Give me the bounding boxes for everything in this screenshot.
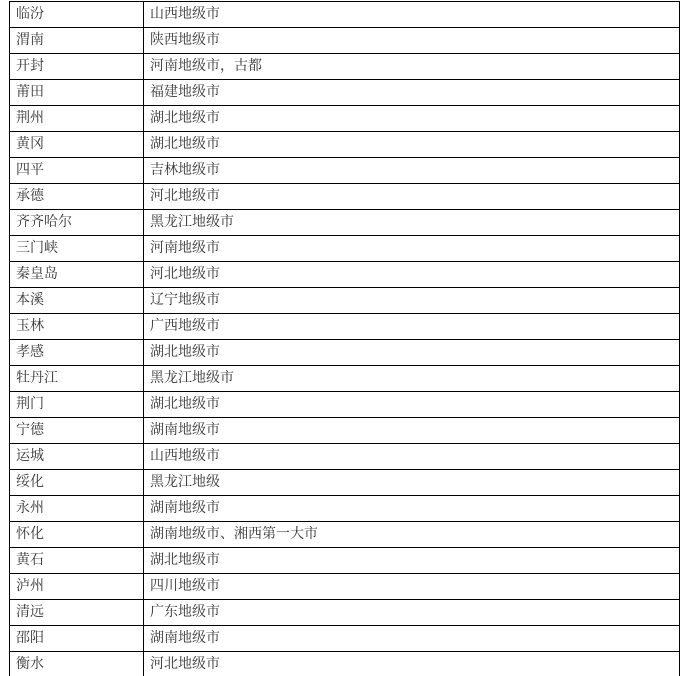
city-cell: 玉林 [10, 314, 144, 340]
table-row: 荆门 湖北地级市 [10, 392, 680, 418]
description-cell: 陕西地级市 [144, 28, 680, 54]
description-cell: 黑龙江地级市 [144, 366, 680, 392]
city-cell: 莆田 [10, 80, 144, 106]
city-cell: 本溪 [10, 288, 144, 314]
city-cell: 荆州 [10, 106, 144, 132]
city-cell: 运城 [10, 444, 144, 470]
description-cell: 河南地级市，古都 [144, 54, 680, 80]
table-row: 玉林 广西地级市 [10, 314, 680, 340]
table-row: 泸州 四川地级市 [10, 574, 680, 600]
table-row: 清远 广东地级市 [10, 600, 680, 626]
description-cell: 湖北地级市 [144, 548, 680, 574]
description-cell: 四川地级市 [144, 574, 680, 600]
city-cell: 黄冈 [10, 132, 144, 158]
table-row: 邵阳 湖南地级市 [10, 626, 680, 652]
city-cell: 渭南 [10, 28, 144, 54]
table-row: 孝感 湖北地级市 [10, 340, 680, 366]
table-row: 怀化 湖南地级市、湘西第一大市 [10, 522, 680, 548]
description-cell: 湖北地级市 [144, 340, 680, 366]
description-cell: 山西地级市 [144, 444, 680, 470]
description-cell: 广西地级市 [144, 314, 680, 340]
table-row: 秦皇岛 河北地级市 [10, 262, 680, 288]
table-row: 荆州 湖北地级市 [10, 106, 680, 132]
description-cell: 湖北地级市 [144, 132, 680, 158]
table-row: 衡水 河北地级市 [10, 652, 680, 676]
table-row: 运城 山西地级市 [10, 444, 680, 470]
description-cell: 辽宁地级市 [144, 288, 680, 314]
table-row: 牡丹江 黑龙江地级市 [10, 366, 680, 392]
description-cell: 河南地级市 [144, 236, 680, 262]
city-cell: 牡丹江 [10, 366, 144, 392]
description-cell: 福建地级市 [144, 80, 680, 106]
table-row: 三门峡 河南地级市 [10, 236, 680, 262]
description-cell: 河北地级市 [144, 652, 680, 676]
city-table-body: 临汾 山西地级市 渭南 陕西地级市 开封 河南地级市，古都 莆田 福建地级市 荆… [10, 2, 680, 676]
description-cell: 湖北地级市 [144, 392, 680, 418]
city-cell: 孝感 [10, 340, 144, 366]
description-cell: 黑龙江地级市 [144, 210, 680, 236]
table-row: 承德 河北地级市 [10, 184, 680, 210]
description-cell: 湖南地级市 [144, 496, 680, 522]
city-cell: 邵阳 [10, 626, 144, 652]
description-cell: 黑龙江地级 [144, 470, 680, 496]
city-table: 临汾 山西地级市 渭南 陕西地级市 开封 河南地级市，古都 莆田 福建地级市 荆… [9, 1, 680, 676]
city-cell: 绥化 [10, 470, 144, 496]
table-row: 莆田 福建地级市 [10, 80, 680, 106]
city-cell: 三门峡 [10, 236, 144, 262]
table-row: 临汾 山西地级市 [10, 2, 680, 28]
description-cell: 湖南地级市、湘西第一大市 [144, 522, 680, 548]
page-canvas: 临汾 山西地级市 渭南 陕西地级市 开封 河南地级市，古都 莆田 福建地级市 荆… [0, 0, 688, 676]
city-cell: 怀化 [10, 522, 144, 548]
city-cell: 永州 [10, 496, 144, 522]
city-cell: 秦皇岛 [10, 262, 144, 288]
city-cell: 开封 [10, 54, 144, 80]
description-cell: 湖南地级市 [144, 418, 680, 444]
description-cell: 山西地级市 [144, 2, 680, 28]
description-cell: 湖北地级市 [144, 106, 680, 132]
city-cell: 清远 [10, 600, 144, 626]
description-cell: 河北地级市 [144, 262, 680, 288]
city-cell: 宁德 [10, 418, 144, 444]
table-row: 黄冈 湖北地级市 [10, 132, 680, 158]
city-cell: 泸州 [10, 574, 144, 600]
table-row: 永州 湖南地级市 [10, 496, 680, 522]
city-cell: 承德 [10, 184, 144, 210]
description-cell: 湖南地级市 [144, 626, 680, 652]
table-row: 齐齐哈尔 黑龙江地级市 [10, 210, 680, 236]
description-cell: 河北地级市 [144, 184, 680, 210]
city-cell: 四平 [10, 158, 144, 184]
description-cell: 吉林地级市 [144, 158, 680, 184]
city-cell: 荆门 [10, 392, 144, 418]
city-cell: 临汾 [10, 2, 144, 28]
city-cell: 黄石 [10, 548, 144, 574]
table-row: 黄石 湖北地级市 [10, 548, 680, 574]
description-cell: 广东地级市 [144, 600, 680, 626]
table-row: 四平 吉林地级市 [10, 158, 680, 184]
table-row: 渭南 陕西地级市 [10, 28, 680, 54]
table-row: 开封 河南地级市，古都 [10, 54, 680, 80]
table-row: 宁德 湖南地级市 [10, 418, 680, 444]
table-row: 绥化 黑龙江地级 [10, 470, 680, 496]
city-cell: 齐齐哈尔 [10, 210, 144, 236]
city-cell: 衡水 [10, 652, 144, 676]
table-row: 本溪 辽宁地级市 [10, 288, 680, 314]
